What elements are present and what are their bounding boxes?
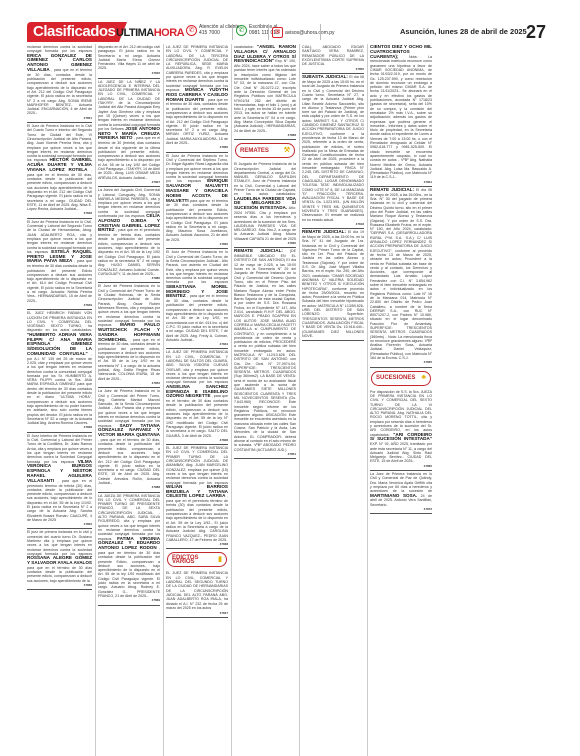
notice-code: 47880 — [98, 276, 160, 280]
notice-code: 47851 — [27, 116, 92, 120]
legal-notice: El juez de primera instancia en lo civil… — [27, 529, 92, 590]
notice-text: , por A.I. N° 139 del 25 de marzo de 2.0… — [27, 352, 92, 425]
notice-parties: "HUMBERTO ADRIAN VERA FILIPPI C/ ANA MAR… — [27, 332, 92, 356]
column-3: LA JUEZ DE PRIMERA INSTANCIA EN LO CIVIL… — [163, 44, 228, 756]
logo-part-1: ULTIMA — [116, 27, 154, 39]
column-5: CIAL), ABOGADO EDGAR SANTIAGO VERA RAMIR… — [299, 44, 364, 756]
legal-notice: REMATE JUDICIAL: El día 06 de mayo de 20… — [370, 187, 432, 368]
section-header-sucesiones: SUCESIONES♣ — [371, 371, 431, 386]
notice-text: , para que en el término de 30 (treinta)… — [98, 136, 160, 179]
notice-parties: MARTINIANO SOSA. — [370, 493, 417, 498]
classifieds-columns: reclamar derechos contra la sociedad con… — [27, 44, 567, 756]
divider — [232, 24, 233, 40]
notice-code: 47835 — [370, 360, 432, 364]
legal-notice: La Juez de Primera Instancia en lo Civil… — [98, 388, 160, 492]
legal-notice: EL JUEZ DE PRIMERA INSTANCIA EN LO CIVIL… — [166, 445, 228, 549]
legal-notice: La Juez de Primera Instancia en lo Civil… — [370, 471, 432, 514]
notice-text: El día 19 de Mayo de 2025, a las 15:00 h… — [302, 230, 364, 338]
section-title: SUCESIONES — [376, 376, 415, 380]
phone-number: 415 7000 — [199, 30, 220, 36]
page-header: Clasificados ULTIMAHORA ✆ Atención al cl… — [0, 22, 580, 42]
notice-code: 47866 — [166, 145, 228, 149]
notice-parties: REMATE JUDICIAL: — [302, 229, 346, 234]
notice-text: , para que en término de 30 días contado… — [27, 259, 92, 302]
notice-text: La Juez de Primera Instancia en lo Civil… — [370, 472, 432, 493]
column-2: dispuesto en el Art. 212 del código civi… — [95, 44, 160, 756]
notice-code: 47868 — [234, 133, 296, 137]
divider — [320, 24, 321, 40]
notice-code: 47849 — [27, 303, 92, 307]
email-address[interactable]: avisos@uhora.com.py — [285, 30, 335, 36]
notice-text: , para que en el término de 30 días, con… — [166, 294, 228, 341]
notice-text: EL JUEZ HEINRICH FABIAN VON LÜCKEN DE PR… — [27, 311, 92, 332]
notice-text: El Juzgado de Primera Instancia de la Ci… — [234, 162, 296, 196]
section-header-remates: REMATES⚒ — [235, 143, 295, 158]
notice-code: 47834 — [166, 342, 228, 346]
notice-parties: LAUDELINA PAREDES VDA DE MELGAREJO S/ SU… — [234, 196, 296, 211]
legal-notice: EL JUEZ DE PRIMERA INSTANCIA EN LO CIVIL… — [166, 570, 228, 617]
notice-parties: REMATE JUDICIAL: — [370, 187, 414, 192]
notice-text: El Juez de Primera Instancia en lo Civil… — [98, 284, 160, 327]
section-title: REMATES — [240, 149, 269, 153]
phone-icon: ✆ — [186, 25, 197, 36]
column-4: caratulados: "ANGEL RAMON VILLAGRA C/ AR… — [231, 44, 296, 756]
notice-text: , para que en el perentorio término de t… — [27, 479, 92, 522]
legal-notice: caratulados: "ANGEL RAMON VILLAGRA C/ AR… — [234, 44, 296, 140]
section-header-edictos-varios: EDICTOS VARIOS▮ — [167, 552, 227, 567]
notice-text: El día 08 de Mayo de 2025 a las 15:00 hs… — [302, 75, 364, 221]
legal-notice: La Jueza del Juzgado Civil, Comercial y … — [98, 187, 160, 283]
notice-text: EL JUEZ DE PRIMERA INSTANCIA EN LO CIVIL… — [166, 446, 228, 484]
notice-code: 47818 — [302, 222, 364, 226]
notice-text: (DE INMUEBLE UBICADO EN EL DISTRITO DE S… — [234, 249, 296, 451]
notice-text: , para que en el término de 30 días, con… — [27, 168, 92, 211]
legal-notice: LA JUEZ DE LA NIÑEZ Y LA ADOLESCENCIA E … — [98, 79, 160, 188]
legal-notice: El Juez de Primera Instancia en lo Civil… — [27, 123, 92, 219]
notice-code: 47850 — [302, 67, 364, 71]
email-contact: ✉ avisos@uhora.com.py — [272, 27, 335, 38]
notice-code: 47830 — [234, 241, 296, 245]
notice-text: dispuesto en el Art. 212 del código civi… — [98, 45, 160, 70]
legal-notice: El Juez de Primera Instancia en lo Civil… — [166, 153, 228, 250]
legal-notice: El Juez Interino de Primera Instancia en… — [27, 433, 92, 530]
notice-code: 47851 — [234, 452, 296, 456]
legal-notice: LA JUEZ DE PRIMERA INSTANCIA EN LO CIVIL… — [166, 349, 228, 445]
legal-notice: REMATE JUDICIAL: (DE INMUEBLE UBICADO EN… — [234, 248, 296, 459]
notice-code: 47830 — [166, 242, 228, 246]
legal-notice: dispuesto en el Art. 212 del código civi… — [98, 44, 160, 79]
legal-notice: SUBASTA JUDICIAL: El día 08 de Mayo de 2… — [302, 74, 364, 229]
family-icon: ♣ — [421, 376, 426, 380]
notice-parties: REMATE JUDICIAL: — [234, 248, 283, 253]
notice-code: 47836 — [27, 583, 92, 587]
notice-text: , para que en el término de 30 días, con… — [98, 338, 160, 381]
notice-code: 47869 — [98, 598, 160, 602]
notice-text: Exp. N° 190, Año 2024, hace saber a todo… — [234, 59, 296, 132]
notice-parties: ROSSANA ALEGRE GÓMEZ y SALVADOR AYALA AV… — [27, 555, 92, 565]
notice-text: , para que en el término de 30 días cont… — [166, 394, 228, 437]
notice-code: 47872 — [370, 507, 432, 511]
section-title: EDICTOS VARIOS — [172, 556, 218, 565]
envelope-icon: ✉ — [272, 27, 283, 38]
notice-code: 47852 — [27, 522, 92, 526]
notice-code: 47838 — [166, 542, 228, 546]
notice-code: 47852 — [98, 381, 160, 385]
notice-parties: SUBASTA JUDICIAL: — [302, 74, 348, 79]
notice-text: EXP. N° 92, AÑO 2025, tramitado por ante… — [370, 442, 432, 463]
notice-text: , para que en el término de 30 días, con… — [98, 438, 160, 485]
notice-code: 47838 — [27, 425, 92, 429]
whatsapp-icon: ✆ — [236, 25, 247, 36]
page-number: 27 — [526, 22, 546, 43]
divider — [268, 24, 269, 40]
notice-text: para que en el término de 30 días contad… — [27, 566, 92, 583]
notice-text: El día 06 de mayo de 2025, a las 15:00hs… — [370, 188, 432, 360]
notice-code: 47847 — [166, 611, 228, 615]
notice-code: 47888 — [98, 485, 160, 489]
notice-text: El juez de primera instancia en lo civil… — [27, 530, 92, 555]
notice-text: , para que en el término de 30 días, con… — [166, 98, 228, 145]
legal-notice: El Juzgado de Primera Instancia de la Ci… — [234, 161, 296, 248]
legal-notice: LA JUEZA DE PRIMERA INSTANCIA EN LO CIVI… — [98, 493, 160, 606]
publication-date: Asunción, lunes 28 de abril de 2025 — [400, 27, 527, 36]
notice-text: , para que en el término de 30 días, con… — [27, 68, 92, 115]
notice-text: LA JUEZ DE PRIMERA INSTANCIA EN LO CIVIL… — [166, 350, 228, 384]
notice-code: 47828 — [166, 438, 228, 442]
legal-notice: El Juez de Primera Instancia en lo Civil… — [98, 283, 160, 388]
legal-notice: EL JUEZ HEINRICH FABIAN VON LÜCKEN DE PR… — [27, 310, 92, 433]
legal-notice: CIENTOS DIEZ Y OCHO MIL CUATROCIENTOS CU… — [370, 44, 432, 187]
legal-notice: REMATE JUDICIAL: El día 19 de Mayo de 20… — [302, 229, 364, 341]
document-icon: ▮ — [218, 558, 222, 562]
column-6: CIENTOS DIEZ Y OCHO MIL CUATROCIENTOS CU… — [367, 44, 432, 756]
notice-code: 47827 — [98, 180, 160, 184]
notice-text: para que en el término de 30 días contad… — [166, 199, 228, 242]
gavel-icon: ⚒ — [284, 149, 290, 153]
notice-text: LA JUEZ DE PRIMERA INSTANCIA EN LO CIVIL… — [166, 45, 228, 92]
legal-notice: El Juez de Primera Instancia en lo Civil… — [166, 249, 228, 349]
legal-notice: Por disposición de S.S. la Sra. JUEZA DE… — [370, 389, 432, 471]
notice-text: LA JUEZA DE PRIMERA INSTANCIA EN LO CIVI… — [98, 494, 160, 541]
column-1: reclamar derechos contra la sociedad con… — [27, 44, 92, 756]
notice-text: , para que en el perentorio término de t… — [166, 494, 228, 541]
legal-notice: CIAL), ABOGADO EDGAR SANTIAGO VERA RAMIR… — [302, 44, 364, 74]
notice-code: 47846 — [98, 71, 160, 75]
notice-text: , para que en término de 30 días contado… — [98, 546, 160, 598]
notice-text: EL JUEZ DE PRIMERA INSTANCIA EN LO CIVIL… — [166, 571, 228, 609]
legal-notice: reclamar derechos contra la sociedad con… — [27, 44, 92, 123]
notice-code: 47831 — [370, 180, 432, 184]
logo-part-2: HORA — [154, 27, 184, 39]
notice-text: Por disposición de S.S. la Sra. JUEZA DE… — [370, 390, 432, 437]
notice-text: Año: 2024 N°550. Cita y emplaza por sese… — [234, 206, 296, 241]
notice-text: CIAL), ABOGADO EDGAR SANTIAGO VERA RAMIR… — [302, 45, 364, 66]
notice-text: LA JUEZ DE LA NIÑEZ Y LA ADOLESCENCIA E … — [98, 80, 160, 131]
notice-code: 47860 — [370, 464, 432, 468]
legal-notice: LA JUEZ DE PRIMERA INSTANCIA EN LO CIVIL… — [166, 44, 228, 153]
notice-text: Nota: La mencionada matrícula reconoce c… — [370, 55, 432, 180]
notice-text: , para que en el perentorio término de t… — [98, 228, 160, 275]
notice-text: El Juez de Primera Instancia en lo Civil… — [166, 250, 228, 284]
newspaper-logo: ULTIMAHORA — [112, 22, 182, 42]
notice-code: 47848 — [27, 211, 92, 215]
legal-notice: El Juez de Primera Instancia en lo Civil… — [27, 219, 92, 310]
notice-parties: WILIAN BARRIOS BRIZUELA y TATIANA CELEST… — [166, 484, 228, 499]
